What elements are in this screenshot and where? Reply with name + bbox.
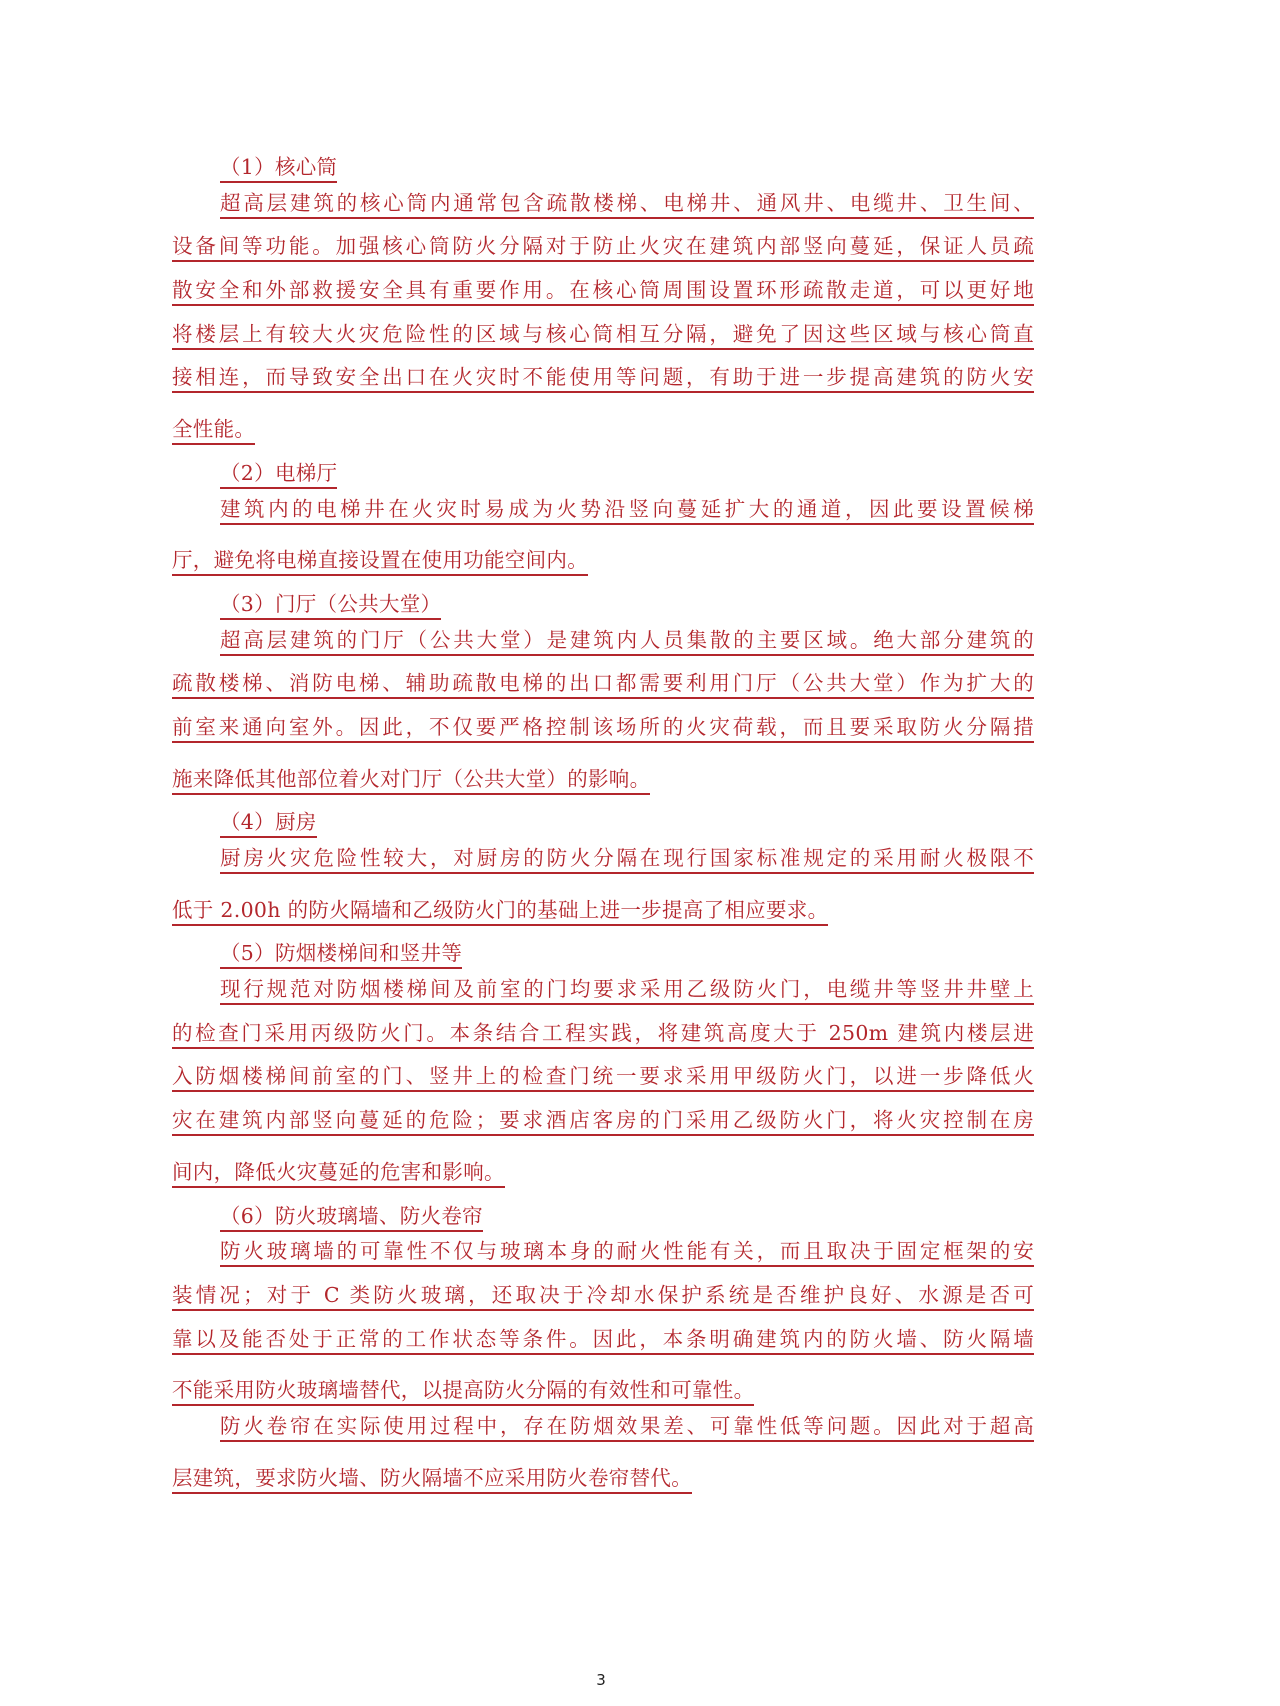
paragraph-line: 疏散楼梯、消防电梯、辅助疏散电梯的出口都需要利用门厅（公共大堂）作为扩大的 xyxy=(172,670,1034,714)
line-text: 低于 2.00h 的防火隔墙和乙级防火门的基础上进一步提高了相应要求。 xyxy=(172,897,828,926)
paragraph-line: 防火玻璃墙的可靠性不仅与玻璃本身的耐火性能有关，而且取决于固定框架的安 xyxy=(172,1238,1034,1282)
line-text: 间内，降低火灾蔓延的危害和影响。 xyxy=(172,1159,505,1188)
section-heading-elevator-lobby: （2）电梯厅 xyxy=(172,452,1034,496)
paragraph-line: 入防烟楼梯间前室的门、竖井上的检查门统一要求采用甲级防火门，以进一步降低火 xyxy=(172,1063,1034,1107)
line-text: 灾在建筑内部竖向蔓延的危险；要求酒店客房的门采用乙级防火门，将火灾控制在房 xyxy=(172,1107,1034,1136)
paragraph-line: 的检查门采用丙级防火门。本条结合工程实践，将建筑高度大于 250m 建筑内楼层进 xyxy=(172,1020,1034,1064)
line-text: 厅，避免将电梯直接设置在使用功能空间内。 xyxy=(172,547,588,576)
paragraph-line: 靠以及能否处于正常的工作状态等条件。因此，本条明确建筑内的防火墙、防火隔墙 xyxy=(172,1326,1034,1370)
line-text: 疏散楼梯、消防电梯、辅助疏散电梯的出口都需要利用门厅（公共大堂）作为扩大的 xyxy=(172,670,1034,699)
paragraph-line: 层建筑，要求防火墙、防火隔墙不应采用防火卷帘替代。 xyxy=(172,1457,1034,1501)
section-heading-core-tube: （1）核心筒 xyxy=(172,146,1034,190)
line-text: 层建筑，要求防火墙、防火隔墙不应采用防火卷帘替代。 xyxy=(172,1465,692,1494)
section-heading-kitchen: （4）厨房 xyxy=(172,801,1034,845)
paragraph-line: 将楼层上有较大火灾危险性的区域与核心筒相互分隔，避免了因这些区域与核心筒直 xyxy=(172,321,1034,365)
paragraph-line: 低于 2.00h 的防火隔墙和乙级防火门的基础上进一步提高了相应要求。 xyxy=(172,889,1034,933)
paragraph-line: 灾在建筑内部竖向蔓延的危险；要求酒店客房的门采用乙级防火门，将火灾控制在房 xyxy=(172,1107,1034,1151)
section-heading-fire-glass-shutters: （6）防火玻璃墙、防火卷帘 xyxy=(172,1195,1034,1239)
paragraph-line: 施来降低其他部位着火对门厅（公共大堂）的影响。 xyxy=(172,758,1034,802)
document-page: （1）核心筒 超高层建筑的核心筒内通常包含疏散楼梯、电梯井、通风井、电缆井、卫生… xyxy=(0,0,1280,1706)
paragraph-line: 散安全和外部救援安全具有重要作用。在核心筒周围设置环形疏散走道，可以更好地 xyxy=(172,277,1034,321)
paragraph-line: 厅，避免将电梯直接设置在使用功能空间内。 xyxy=(172,539,1034,583)
line-text: 厨房火灾危险性较大，对厨房的防火分隔在现行国家标准规定的采用耐火极限不 xyxy=(220,845,1034,874)
heading-text: （2）电梯厅 xyxy=(220,460,337,489)
heading-text: （4）厨房 xyxy=(220,809,317,838)
section-heading-entrance-hall: （3）门厅（公共大堂） xyxy=(172,583,1034,627)
paragraph-line: 接相连，而导致安全出口在火灾时不能使用等问题，有助于进一步提高建筑的防火安 xyxy=(172,364,1034,408)
line-text: 不能采用防火玻璃墙替代，以提高防火分隔的有效性和可靠性。 xyxy=(172,1377,754,1406)
line-text: 将楼层上有较大火灾危险性的区域与核心筒相互分隔，避免了因这些区域与核心筒直 xyxy=(172,321,1034,350)
paragraph-line: 防火卷帘在实际使用过程中，存在防烟效果差、可靠性低等问题。因此对于超高 xyxy=(172,1413,1034,1457)
line-text: 超高层建筑的核心筒内通常包含疏散楼梯、电梯井、通风井、电缆井、卫生间、 xyxy=(220,190,1034,219)
line-text: 接相连，而导致安全出口在火灾时不能使用等问题，有助于进一步提高建筑的防火安 xyxy=(172,364,1034,393)
section-heading-smoke-stairs-shafts: （5）防烟楼梯间和竖井等 xyxy=(172,932,1034,976)
paragraph-line: 不能采用防火玻璃墙替代，以提高防火分隔的有效性和可靠性。 xyxy=(172,1369,1034,1413)
line-text: 散安全和外部救援安全具有重要作用。在核心筒周围设置环形疏散走道，可以更好地 xyxy=(172,277,1034,306)
heading-text: （1）核心筒 xyxy=(220,154,337,183)
line-text: 设备间等功能。加强核心筒防火分隔对于防止火灾在建筑内部竖向蔓延，保证人员疏 xyxy=(172,233,1034,262)
document-body: （1）核心筒 超高层建筑的核心筒内通常包含疏散楼梯、电梯井、通风井、电缆井、卫生… xyxy=(172,146,1034,1500)
line-text: 前室来通向室外。因此，不仅要严格控制该场所的火灾荷载，而且要采取防火分隔措 xyxy=(172,714,1034,743)
paragraph-line: 超高层建筑的核心筒内通常包含疏散楼梯、电梯井、通风井、电缆井、卫生间、 xyxy=(172,190,1034,234)
paragraph-line: 间内，降低火灾蔓延的危害和影响。 xyxy=(172,1151,1034,1195)
paragraph-line: 全性能。 xyxy=(172,408,1034,452)
paragraph-line: 前室来通向室外。因此，不仅要严格控制该场所的火灾荷载，而且要采取防火分隔措 xyxy=(172,714,1034,758)
paragraph-line: 超高层建筑的门厅（公共大堂）是建筑内人员集散的主要区域。绝大部分建筑的 xyxy=(172,627,1034,671)
line-text: 超高层建筑的门厅（公共大堂）是建筑内人员集散的主要区域。绝大部分建筑的 xyxy=(220,627,1034,656)
paragraph-line: 现行规范对防烟楼梯间及前室的门均要求采用乙级防火门，电缆井等竖井井壁上 xyxy=(172,976,1034,1020)
line-text: 靠以及能否处于正常的工作状态等条件。因此，本条明确建筑内的防火墙、防火隔墙 xyxy=(172,1326,1034,1355)
paragraph-line: 建筑内的电梯井在火灾时易成为火势沿竖向蔓延扩大的通道，因此要设置候梯 xyxy=(172,496,1034,540)
line-text: 入防烟楼梯间前室的门、竖井上的检查门统一要求采用甲级防火门，以进一步降低火 xyxy=(172,1063,1034,1092)
line-text: 现行规范对防烟楼梯间及前室的门均要求采用乙级防火门，电缆井等竖井井壁上 xyxy=(220,976,1034,1005)
line-text: 防火玻璃墙的可靠性不仅与玻璃本身的耐火性能有关，而且取决于固定框架的安 xyxy=(220,1238,1034,1267)
paragraph-line: 设备间等功能。加强核心筒防火分隔对于防止火灾在建筑内部竖向蔓延，保证人员疏 xyxy=(172,233,1034,277)
line-text: 防火卷帘在实际使用过程中，存在防烟效果差、可靠性低等问题。因此对于超高 xyxy=(220,1413,1034,1442)
paragraph-line: 装情况；对于 C 类防火玻璃，还取决于冷却水保护系统是否维护良好、水源是否可 xyxy=(172,1282,1034,1326)
line-text: 装情况；对于 C 类防火玻璃，还取决于冷却水保护系统是否维护良好、水源是否可 xyxy=(172,1282,1034,1311)
line-text: 的检查门采用丙级防火门。本条结合工程实践，将建筑高度大于 250m 建筑内楼层进 xyxy=(172,1020,1034,1049)
heading-text: （6）防火玻璃墙、防火卷帘 xyxy=(220,1203,483,1232)
line-text: 建筑内的电梯井在火灾时易成为火势沿竖向蔓延扩大的通道，因此要设置候梯 xyxy=(220,496,1034,525)
line-text: 全性能。 xyxy=(172,416,255,445)
heading-text: （5）防烟楼梯间和竖井等 xyxy=(220,940,462,969)
page-number: 3 xyxy=(0,1671,1202,1689)
line-text: 施来降低其他部位着火对门厅（公共大堂）的影响。 xyxy=(172,766,650,795)
heading-text: （3）门厅（公共大堂） xyxy=(220,591,441,620)
paragraph-line: 厨房火灾危险性较大，对厨房的防火分隔在现行国家标准规定的采用耐火极限不 xyxy=(172,845,1034,889)
